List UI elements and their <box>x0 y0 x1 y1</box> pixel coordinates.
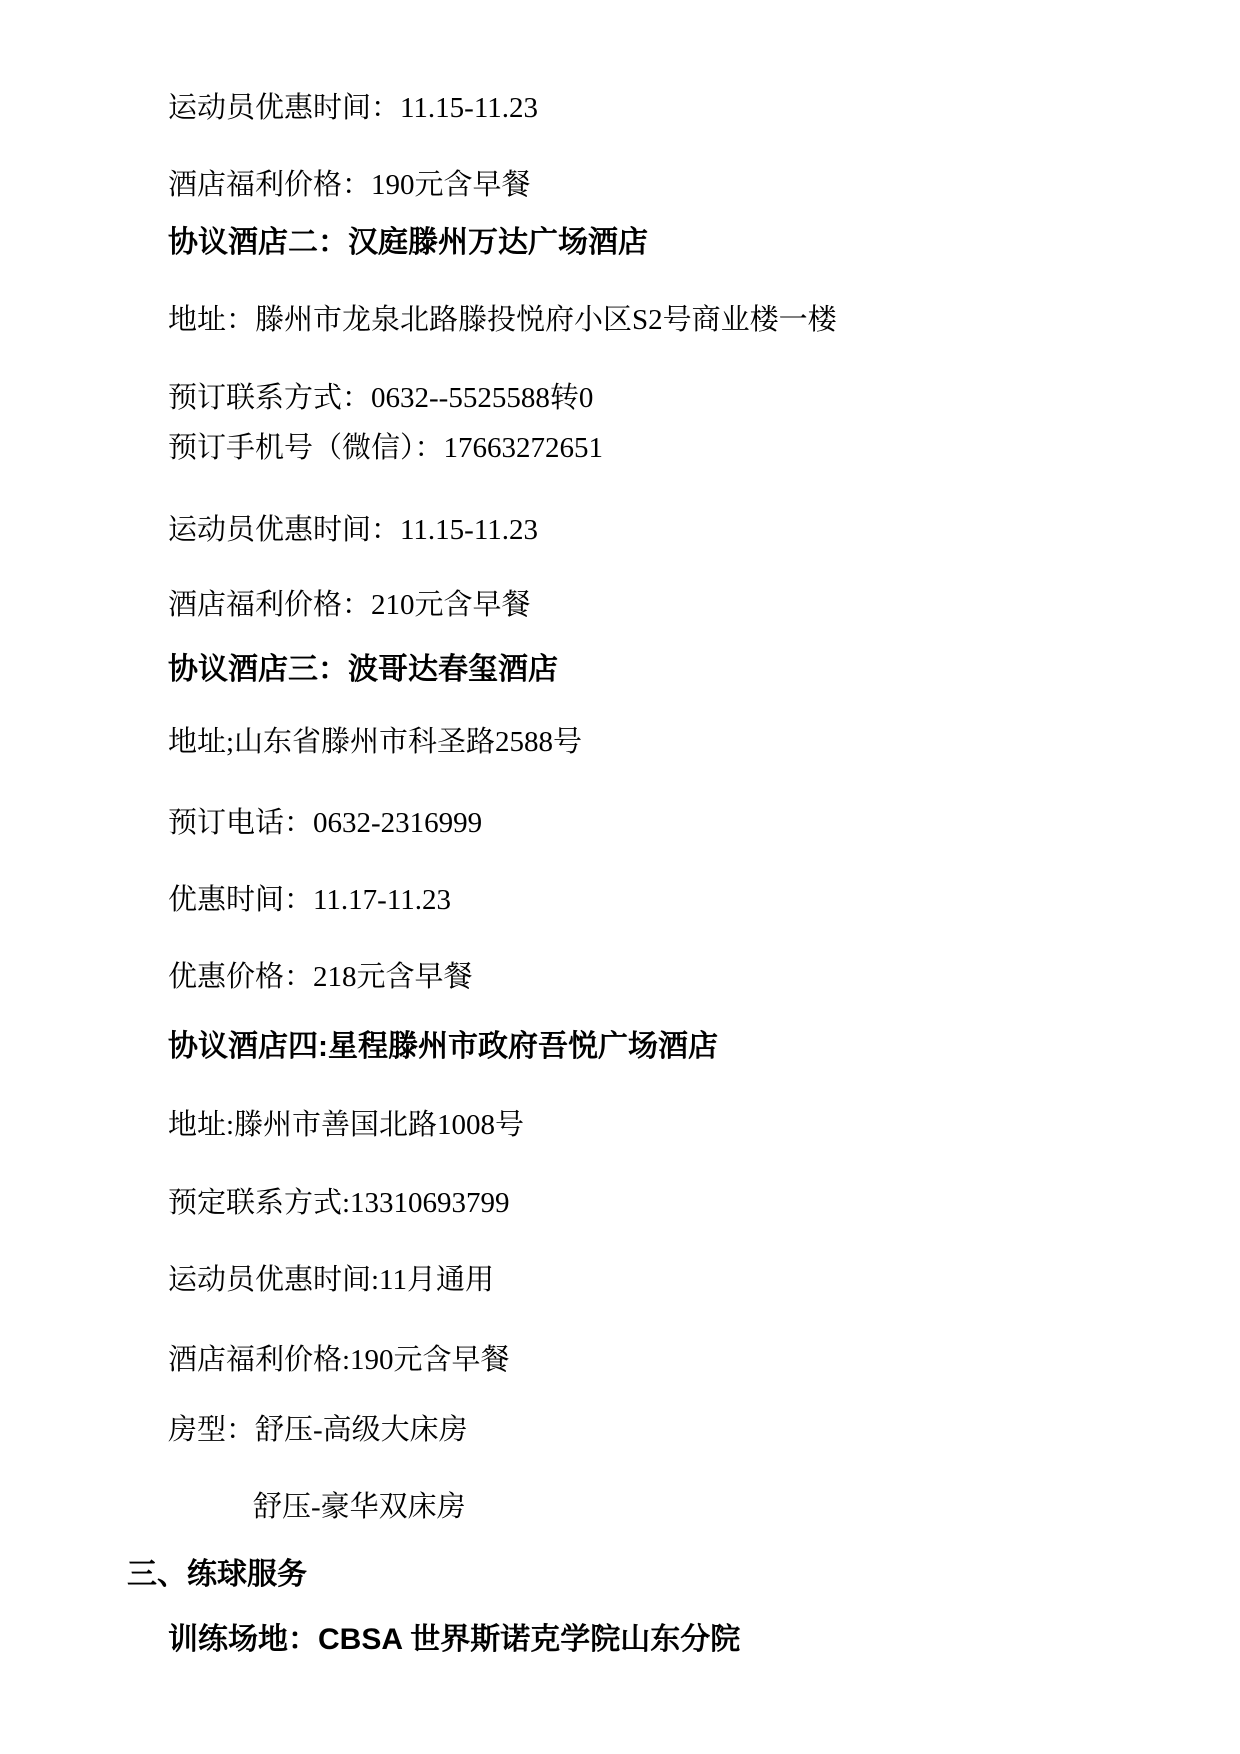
hotel-4-booking-contact: 预定联系方式:13310693799 <box>168 1188 1240 1218</box>
hotel-benefit-price: 酒店福利价格：190元含早餐 <box>168 170 1240 200</box>
hotel-4-address: 地址:滕州市善国北路1008号 <box>168 1110 1240 1140</box>
section-3-heading: 三、练球服务 <box>127 1560 1240 1590</box>
athlete-discount-period: 运动员优惠时间：11.15-11.23 <box>168 93 1240 123</box>
hotel-3-booking-phone: 预订电话：0632-2316999 <box>168 808 1240 838</box>
document-page: 运动员优惠时间：11.15-11.23 酒店福利价格：190元含早餐 协议酒店二… <box>0 0 1240 1754</box>
hotel-4-heading: 协议酒店四:星程滕州市政府吾悦广场酒店 <box>168 1032 1240 1062</box>
training-venue: 训练场地：CBSA 世界斯诺克学院山东分院 <box>168 1625 1240 1655</box>
hotel-2-athlete-discount-period: 运动员优惠时间：11.15-11.23 <box>168 515 1240 545</box>
hotel-3-address: 地址;山东省滕州市科圣路2588号 <box>168 727 1240 757</box>
hotel-2-booking-mobile: 预订手机号（微信）：17663272651 <box>168 433 1240 463</box>
hotel-2-address: 地址：滕州市龙泉北路滕投悦府小区S2号商业楼一楼 <box>168 305 1240 335</box>
hotel-4-room-type-2: 舒压-豪华双床房 <box>253 1492 1240 1522</box>
hotel-4-room-type-1: 房型：舒压-高级大床房 <box>168 1415 1240 1445</box>
hotel-2-benefit-price: 酒店福利价格：210元含早餐 <box>168 590 1240 620</box>
hotel-4-benefit-price: 酒店福利价格:190元含早餐 <box>168 1345 1240 1375</box>
hotel-2-booking-contact: 预订联系方式：0632--5525588转0 <box>168 383 1240 413</box>
hotel-3-heading: 协议酒店三：波哥达春玺酒店 <box>168 655 1240 685</box>
hotel-4-athlete-discount-period: 运动员优惠时间:11月通用 <box>168 1265 1240 1295</box>
hotel-2-heading: 协议酒店二：汉庭滕州万达广场酒店 <box>168 228 1240 258</box>
hotel-3-discount-price: 优惠价格：218元含早餐 <box>168 962 1240 992</box>
hotel-3-discount-period: 优惠时间：11.17-11.23 <box>168 885 1240 915</box>
